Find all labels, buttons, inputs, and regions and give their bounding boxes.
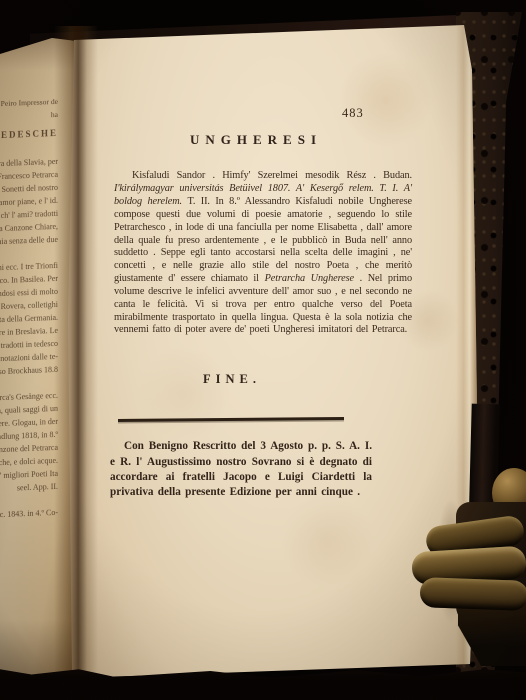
left-page-text-fragment: ha bbox=[0, 108, 58, 128]
left-page-top-lines: a de Juan Peiro Impressor deha bbox=[0, 95, 58, 128]
body-segment-italic: Petrarcha Ungherese bbox=[265, 273, 354, 284]
body-paragraph: Kisfaludi Sandor . Himfy' Szerelmei meso… bbox=[114, 170, 412, 337]
body-segment: Kisfaludi Sandor . Himfy' Szerelmei meso… bbox=[132, 170, 412, 181]
book-photo-background: a de Juan Peiro Impressor deha EDESCHE i… bbox=[0, 0, 526, 700]
fine-marker: FINE. bbox=[86, 372, 378, 387]
section-heading: UNGHERESI bbox=[106, 132, 406, 148]
page-number: 483 bbox=[342, 106, 364, 121]
left-page-text: a de Juan Peiro Impressor deha EDESCHE i… bbox=[0, 29, 58, 671]
page-stains bbox=[58, 20, 478, 688]
body-segment: T. II. In 8.º Alessandro Kisfaludi nobil… bbox=[114, 196, 412, 284]
left-page-body-lines: in. Nella sua opera della Slavia, permor… bbox=[0, 155, 58, 527]
left-page-heading: EDESCHE bbox=[0, 127, 58, 145]
privilege-paragraph: Con Benigno Rescritto del 3 Agosto p. p.… bbox=[110, 439, 372, 501]
hand-finger-bottom bbox=[420, 577, 526, 611]
right-page: 483 UNGHERESI Kisfaludi Sandor . Himfy' … bbox=[58, 20, 478, 688]
left-page-text-fragment: Sicilia Triumphi ecc. 1843. in 4.º Co- bbox=[0, 506, 58, 527]
separator-rule bbox=[118, 417, 344, 422]
